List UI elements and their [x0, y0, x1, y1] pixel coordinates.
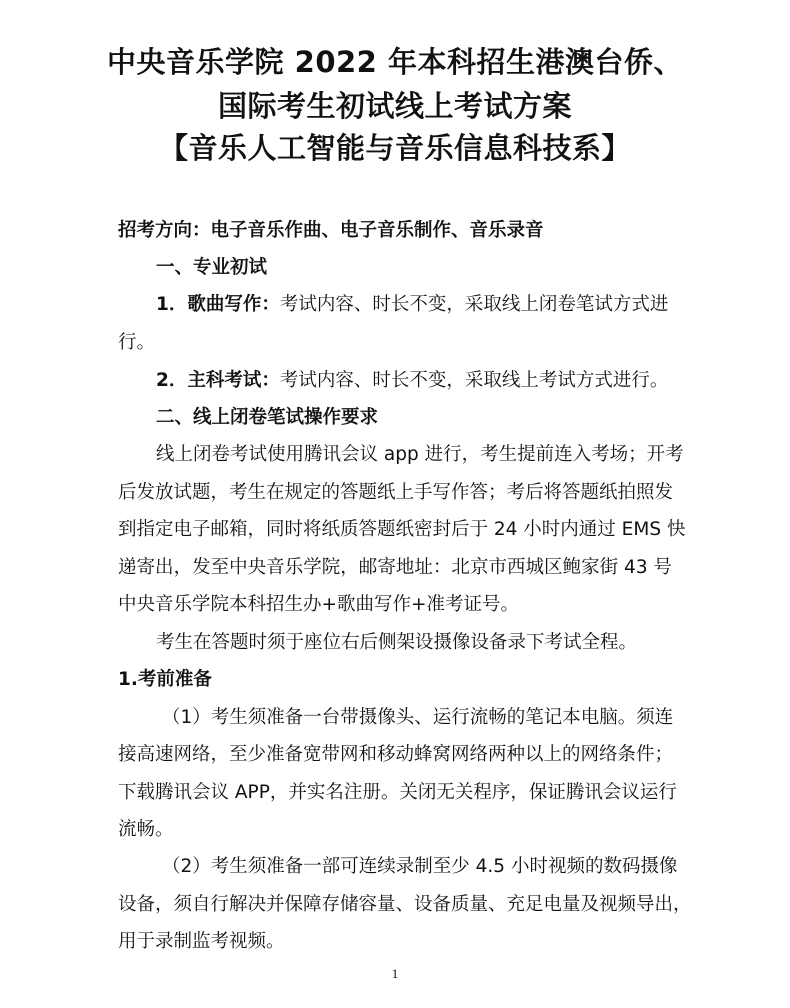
page-number: 1: [0, 966, 790, 982]
paragraph-line: （2）考生须准备一部可连续录制至少 4.5 小时视频的数码摄像: [162, 855, 672, 879]
document-title-line-3: 【音乐人工智能与音乐信息科技系】: [0, 126, 790, 170]
subheading-pre-exam-prep: 1.考前准备: [118, 668, 212, 692]
paragraph-line: （1）考生须准备一台带摄像头、运行流畅的笔记本电脑。须连: [162, 706, 672, 730]
paragraph-line: 到指定电子邮箱，同时将纸质答题纸密封后于 24 小时内通过 EMS 快: [118, 518, 672, 542]
document-title-line-2: 国际考生初试线上考试方案: [0, 84, 790, 128]
item-song-writing: 1．歌曲写作：考试内容、时长不变，采取线上闭卷笔试方式进: [156, 293, 668, 317]
item-text: 考试内容、时长不变，采取线上闭卷笔试方式进: [280, 294, 669, 315]
paragraph-line: 中央音乐学院本科招生办+歌曲写作+准考证号。: [118, 593, 519, 617]
paragraph-line: 递寄出，发至中央音乐学院，邮寄地址：北京市西城区鲍家街 43 号: [118, 556, 672, 580]
paragraph-line: 下载腾讯会议 APP，并实名注册。关闭无关程序，保证腾讯会议运行: [118, 781, 672, 805]
item-song-writing-cont: 行。: [118, 331, 155, 355]
item-label: 1．歌曲写作：: [156, 294, 280, 315]
paragraph-line: 用于录制监考视频。: [118, 930, 285, 954]
item-major-exam: 2．主科考试：考试内容、时长不变，采取线上考试方式进行。: [156, 369, 668, 393]
recruit-direction: 招考方向：电子音乐作曲、电子音乐制作、音乐录音: [118, 219, 544, 243]
document-title-line-1: 中央音乐学院 2022 年本科招生港澳台侨、: [0, 40, 790, 84]
paragraph-line: 接高速网络，至少准备宽带网和移动蜂窝网络两种以上的网络条件；: [118, 743, 672, 767]
paragraph-line: 流畅。: [118, 818, 174, 842]
section-heading-professional-exam: 一、专业初试: [156, 256, 267, 280]
paragraph-line: 线上闭卷考试使用腾讯会议 app 进行，考生提前连入考场；开考: [156, 443, 672, 467]
section-heading-online-exam: 二、线上闭卷笔试操作要求: [156, 406, 378, 430]
paragraph-camera-requirement: 考生在答题时须于座位右后侧架设摄像设备录下考试全程。: [156, 631, 637, 655]
item-label: 2．主科考试：: [156, 370, 280, 391]
item-text: 考试内容、时长不变，采取线上考试方式进行。: [280, 370, 669, 391]
paragraph-line: 设备，须自行解决并保障存储容量、设备质量、充足电量及视频导出，: [118, 893, 672, 917]
paragraph-line: 后发放试题，考生在规定的答题纸上手写作答；考后将答题纸拍照发: [118, 481, 672, 505]
